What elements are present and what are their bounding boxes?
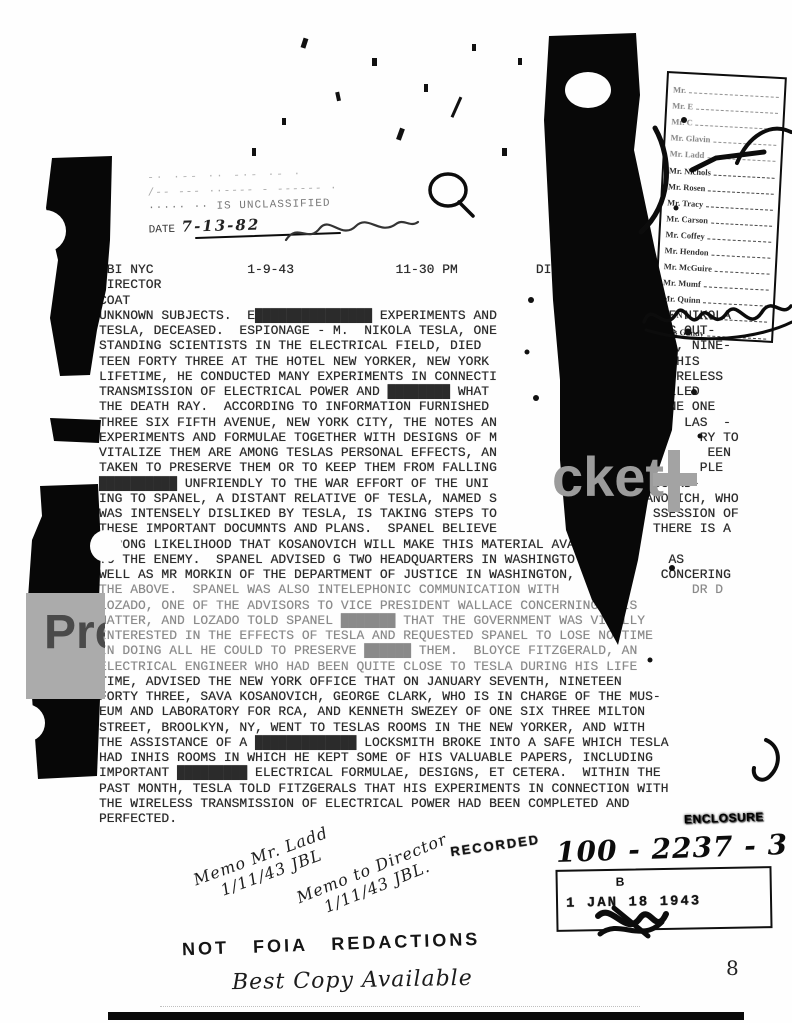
scanned-document-page: FBI NYC 1-9-43 11-30 PM DIDIRECTORCOATUN…: [0, 0, 792, 1023]
pen-marks-layer: [0, 0, 792, 1023]
